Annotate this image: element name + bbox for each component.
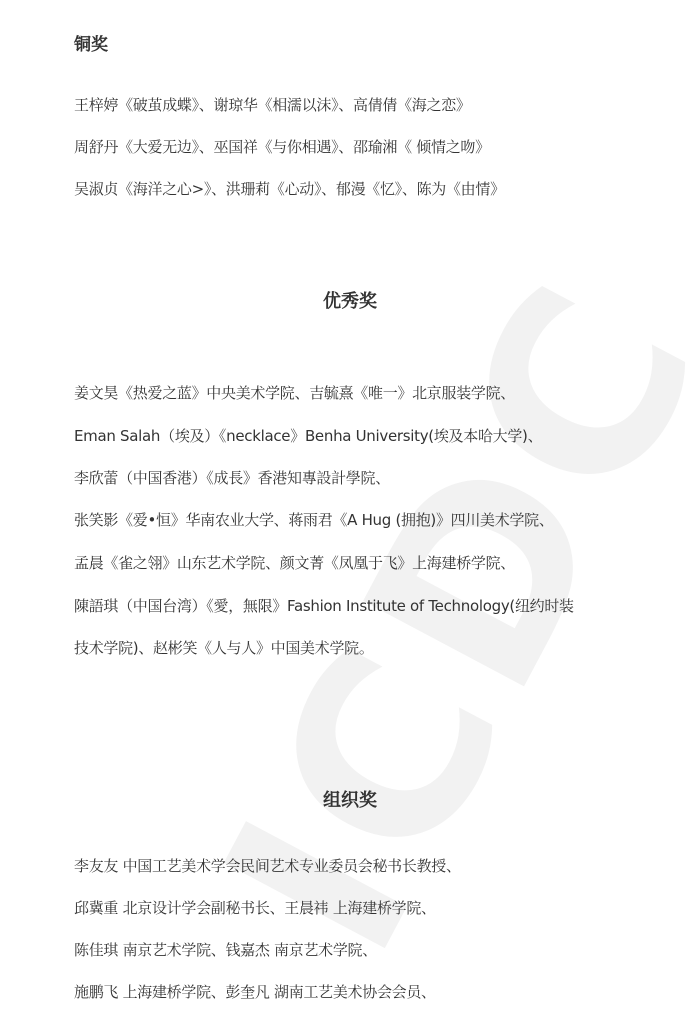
excellence-award-line: 陳語琪（中国台湾）《愛，無限》Fashion Institute of Tech… bbox=[74, 595, 574, 616]
excellence-award-line: 李欣蕾（中国香港）《成長》香港知專設計學院、 bbox=[74, 467, 390, 488]
organization-award-heading: 组织奖 bbox=[0, 786, 700, 812]
excellence-award-heading: 优秀奖 bbox=[0, 287, 700, 313]
bronze-award-line: 王梓婷《破茧成蝶》、谢琼华《相濡以沫》、高倩倩《海之恋》 bbox=[74, 94, 471, 115]
organization-award-line: 陈佳琪 南京艺术学院、钱嘉杰 南京艺术学院、 bbox=[74, 939, 377, 960]
organization-award-line: 李友友 中国工艺美术学会民间艺术专业委员会秘书长教授、 bbox=[74, 855, 461, 876]
organization-award-line: 施鹏飞 上海建桥学院、彭奎凡 湖南工艺美术协会会员、 bbox=[74, 981, 436, 1002]
excellence-award-line: Eman Salah（埃及）《necklace》Benha University… bbox=[74, 425, 542, 446]
bronze-award-line: 周舒丹《大爱无边》、巫国祥《与你相遇》、邵瑜湘《 倾情之吻》 bbox=[74, 136, 490, 157]
excellence-award-line: 技术学院)、赵彬笑《人与人》中国美术学院。 bbox=[74, 637, 374, 658]
organization-award-line: 邱冀重 北京设计学会副秘书长、王晨祎 上海建桥学院、 bbox=[74, 897, 436, 918]
excellence-award-line: 张笑影《爱•恒》华南农业大学、蒋雨君《A Hug (拥抱)》四川美术学院、 bbox=[74, 509, 554, 530]
excellence-award-line: 孟晨《雀之翎》山东艺术学院、颜文菁《凤凰于飞》上海建桥学院、 bbox=[74, 552, 515, 573]
excellence-award-line: 姜文昊《热爱之蓝》中央美术学院、吉毓熹《唯一》北京服装学院、 bbox=[74, 382, 515, 403]
bronze-award-line: 吴淑贞《海洋之心>》、洪珊莉《心动》、郁漫《忆》、陈为《由情》 bbox=[74, 178, 505, 199]
bronze-award-heading: 铜奖 bbox=[74, 30, 108, 55]
